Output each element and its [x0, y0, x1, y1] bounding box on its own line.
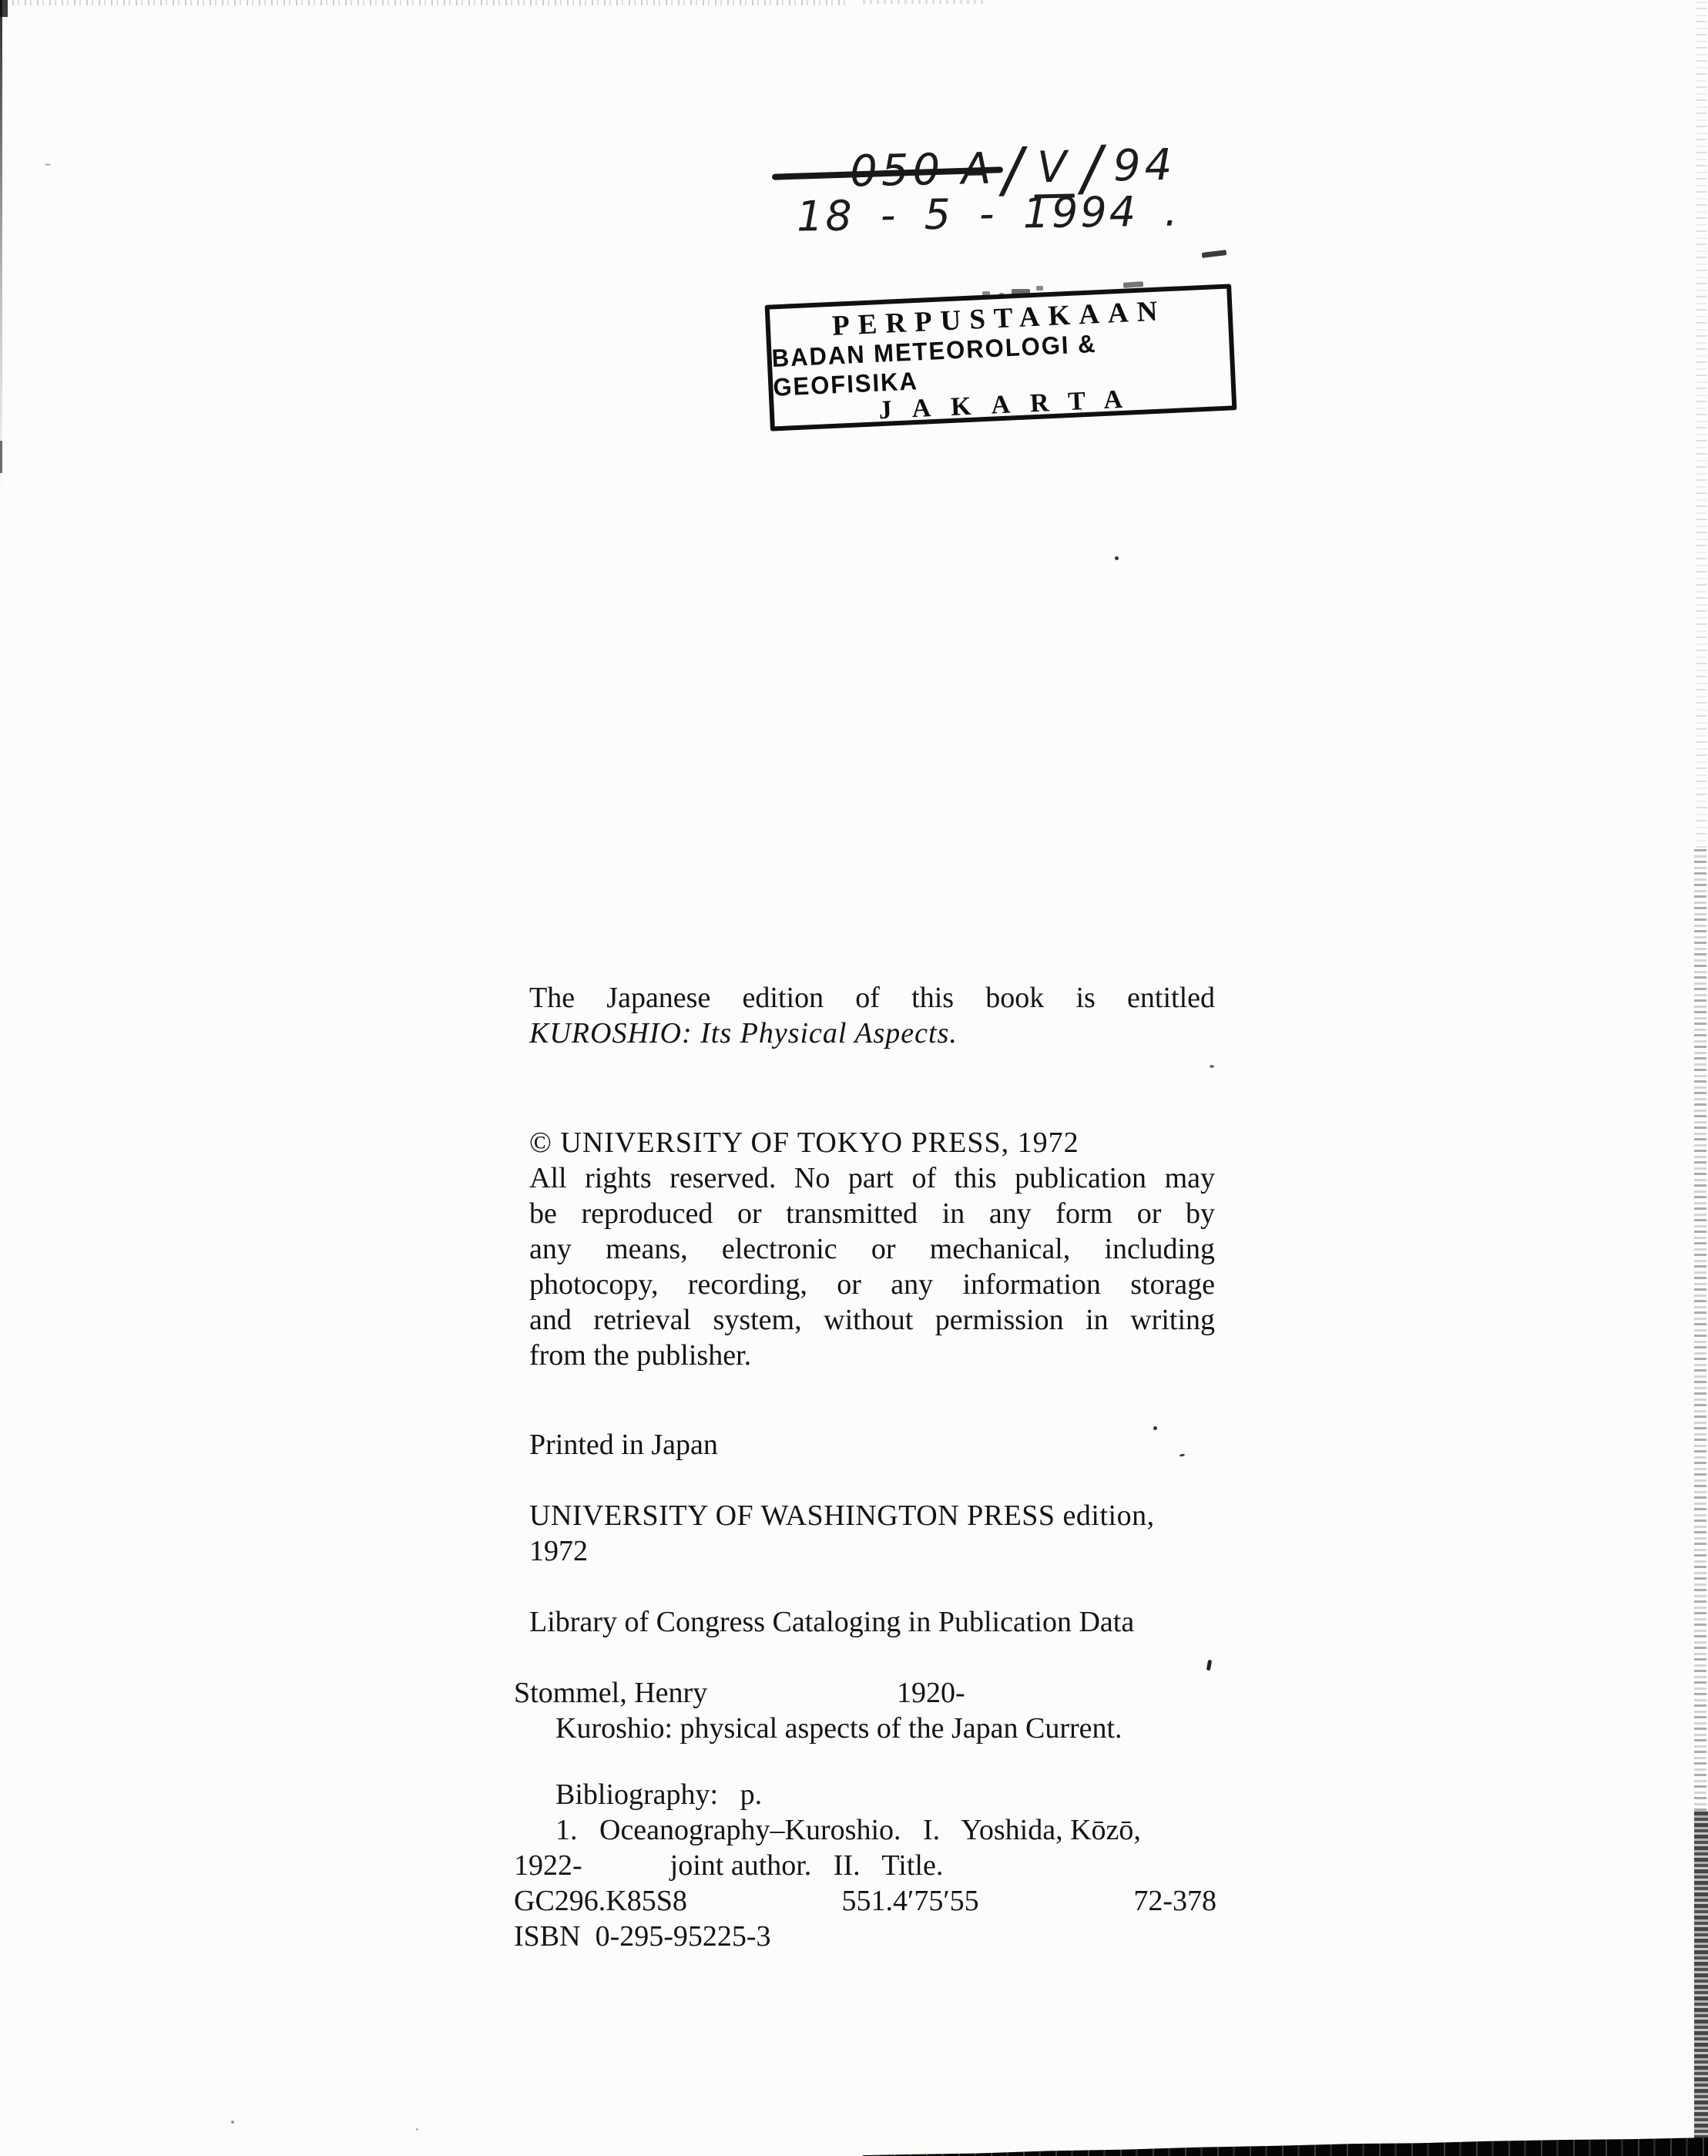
colophon-text-column: The Japanese edition of this book is ent… — [529, 0, 1215, 2156]
catalog-bibliography-line: Bibliography: p. — [529, 1777, 1215, 1812]
scan-edge-right-lower — [1694, 1811, 1708, 2156]
rights-line: photocopy, recording, or any information… — [529, 1267, 1215, 1302]
scanned-page: 050 A/V/94 18 - 5 - 1994 . PERPUSTAKAAN … — [0, 0, 1708, 2156]
copyright-line: © UNIVERSITY OF TOKYO PRESS, 1972 — [529, 1125, 1215, 1160]
printed-in-japan: Printed in Japan — [529, 1427, 1215, 1463]
scan-speck — [416, 2128, 418, 2131]
catalog-author-dates: 1920- — [897, 1675, 965, 1711]
uw-press-edition-line2: 1972 — [529, 1533, 1215, 1569]
catalog-isbn-line: ISBN 0-295-95225-3 — [514, 1919, 1200, 1954]
uw-press-edition-line1: UNIVERSITY OF WASHINGTON PRESS edition, — [529, 1498, 1215, 1533]
edition-note-line2-japanese-title: KUROSHIO: Its Physical Aspects. — [529, 1016, 1215, 1051]
scan-edge-left-dash — [0, 441, 2, 473]
scan-speck — [231, 2121, 234, 2124]
edition-note-line1: The Japanese edition of this book is ent… — [529, 980, 1215, 1016]
rights-line: be reproduced or transmitted in any form… — [529, 1196, 1215, 1231]
catalog-title-line: Kuroshio: physical aspects of the Japan … — [529, 1711, 1215, 1746]
catalog-joint-author-line: 1922- joint author. II. Title. — [514, 1848, 1200, 1883]
rights-line: and retrieval system, without permission… — [529, 1302, 1215, 1338]
catalog-subject-line: 1. Oceanography–Kuroshio. I. Yoshida, Kō… — [529, 1812, 1215, 1848]
catalog-author-name: Stommel, Henry — [514, 1675, 707, 1711]
catalog-numbers-row: GC296.K85S8 551.4′75′55 72-378 — [514, 1883, 1216, 1919]
catalog-lc-card-number: 72-378 — [1133, 1883, 1216, 1919]
rights-line: All rights reserved. No part of this pub… — [529, 1160, 1215, 1196]
rights-line-last: from the publisher. — [529, 1338, 1215, 1373]
catalog-dewey-number: 551.4′75′55 — [842, 1883, 979, 1919]
scan-edge-right-mid — [1694, 848, 1706, 1811]
catalog-lc-class: GC296.K85S8 — [514, 1883, 687, 1919]
lc-cataloging-heading: Library of Congress Cataloging in Public… — [529, 1604, 1215, 1640]
scan-speck — [45, 163, 51, 166]
scan-edge-right-upper — [1696, 0, 1706, 848]
scan-edge-left — [0, 0, 2, 493]
rights-line: any means, electronic or mechanical, inc… — [529, 1231, 1215, 1267]
